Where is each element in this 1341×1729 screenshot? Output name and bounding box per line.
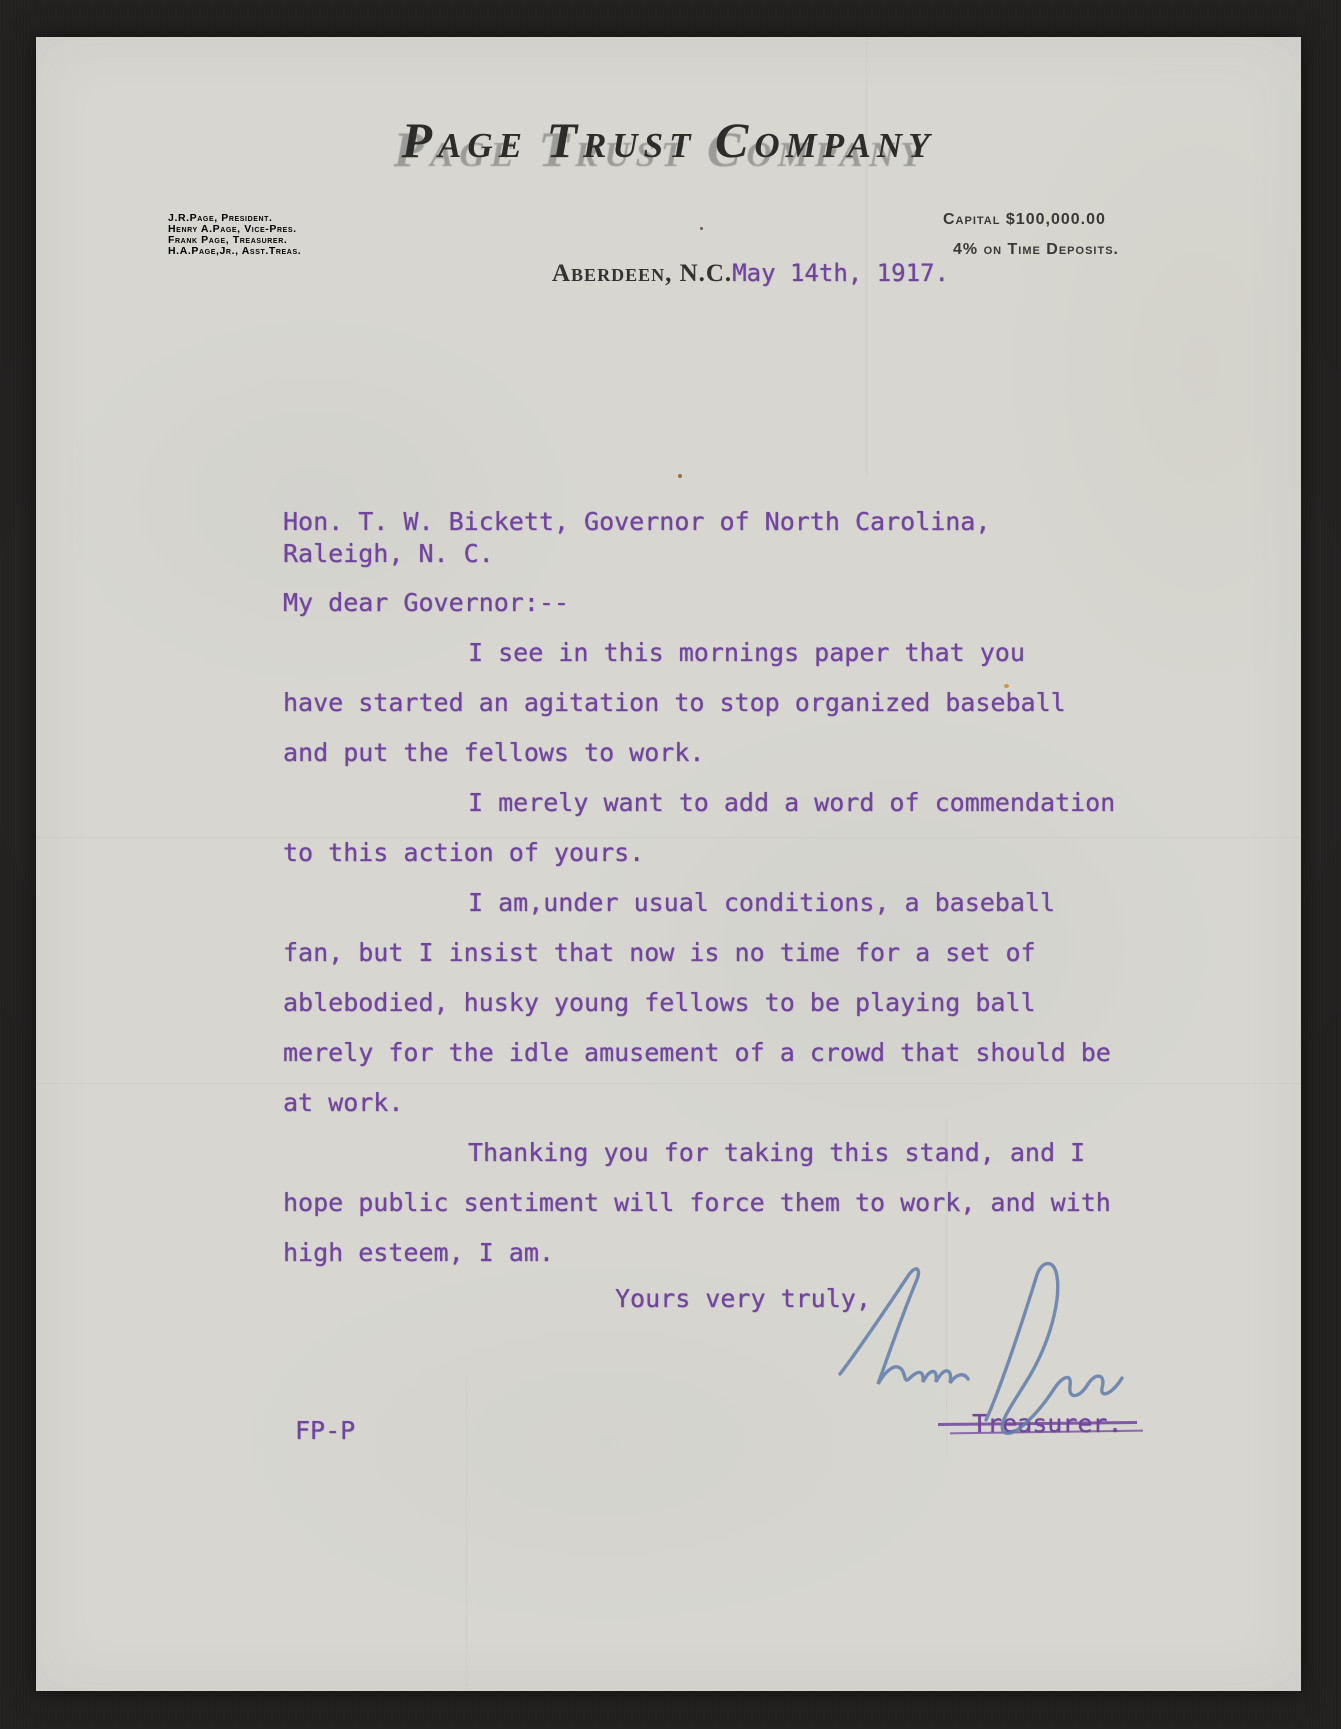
recipient-address: Hon. T. W. Bickett, Governor of North Ca…	[283, 506, 990, 570]
body-line: merely for the idle amusement of a crowd…	[283, 1028, 1115, 1078]
fold-crease	[466, 1377, 468, 1691]
body-line: I merely want to add a word of commendat…	[283, 778, 1115, 828]
letter-date: May 14th, 1917.	[732, 259, 949, 287]
body-line: I am,under usual conditions, a baseball	[283, 878, 1115, 928]
body-line: fan, but I insist that now is no time fo…	[283, 928, 1115, 978]
capital-block: Capital $100,000.00 4% on Time Deposits.	[943, 205, 1119, 265]
recipient-line: Raleigh, N. C.	[283, 538, 990, 570]
body-line: hope public sentiment will force them to…	[283, 1178, 1115, 1228]
body-line: at work.	[283, 1078, 1115, 1128]
capital-line: Capital $100,000.00	[943, 205, 1119, 235]
company-name: Page Trust Company	[36, 115, 1301, 165]
deposits-line: 4% on Time Deposits.	[943, 235, 1119, 265]
fold-crease	[866, 37, 868, 477]
paper-speck	[700, 227, 703, 230]
body-line: have started an agitation to stop organi…	[283, 678, 1115, 728]
body-line: to this action of yours.	[283, 828, 1115, 878]
place-date-line: Aberdeen, N.C.May 14th, 1917.	[552, 259, 949, 288]
salutation: My dear Governor:--	[283, 578, 569, 628]
photo-mat: Page Trust Company J.R.Page, President. …	[0, 0, 1341, 1729]
letter-body: I see in this mornings paper that you ha…	[283, 628, 1115, 1278]
place-name: Aberdeen, N.C.	[552, 260, 732, 287]
body-line: ablebodied, husky young fellows to be pl…	[283, 978, 1115, 1028]
officers-list: J.R.Page, President. Henry A.Page, Vice-…	[168, 213, 301, 257]
paper-speck	[678, 474, 682, 478]
typist-initials: FP-P	[295, 1416, 355, 1445]
letter-paper: Page Trust Company J.R.Page, President. …	[36, 37, 1301, 1691]
body-line: and put the fellows to work.	[283, 728, 1115, 778]
handwritten-signature-frank-page	[826, 1252, 1126, 1447]
body-line: Thanking you for taking this stand, and …	[283, 1128, 1115, 1178]
recipient-line: Hon. T. W. Bickett, Governor of North Ca…	[283, 506, 990, 538]
body-line: I see in this mornings paper that you	[283, 628, 1115, 678]
officer-line: H.A.Page,Jr., Asst.Treas.	[168, 246, 301, 257]
